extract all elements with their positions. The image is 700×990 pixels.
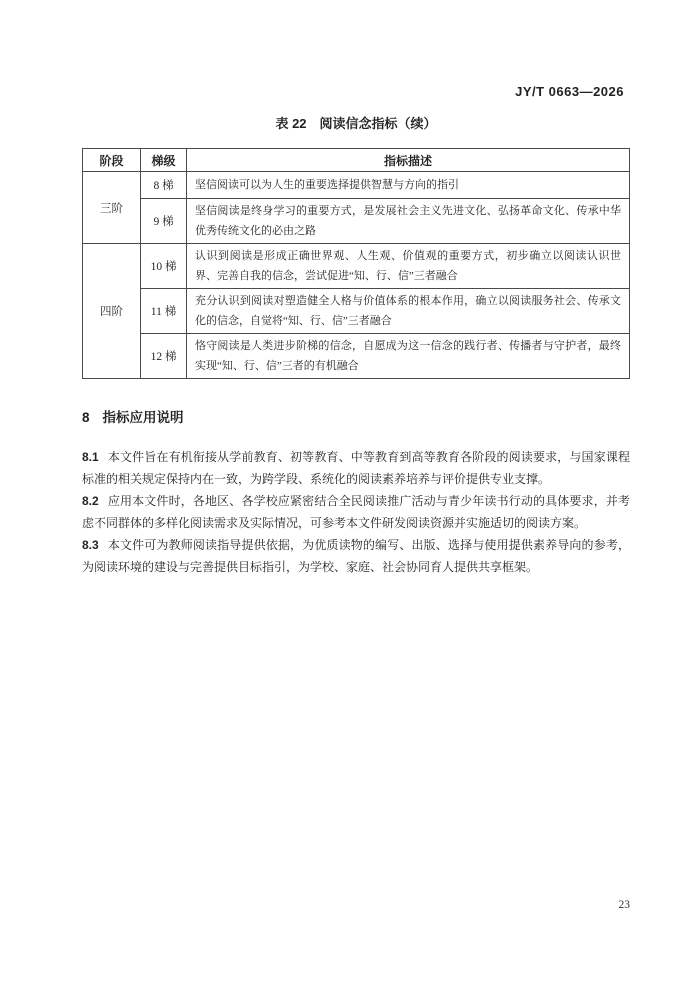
desc-cell: 坚信阅读可以为人生的重要选择提供智慧与方向的指引: [187, 172, 630, 199]
col-header-level: 梯级: [141, 149, 187, 172]
paragraph-number: 8.2: [82, 494, 99, 508]
reading-belief-indicator-table: 阶段 梯级 指标描述 三阶 8 梯 坚信阅读可以为人生的重要选择提供智慧与方向的…: [82, 148, 630, 379]
desc-cell: 认识到阅读是形成正确世界观、人生观、价值观的重要方式，初步确立以阅读认识世界、完…: [187, 244, 630, 289]
section-heading: 8指标应用说明: [82, 406, 630, 426]
level-cell: 10 梯: [141, 244, 187, 289]
paragraph-8-2: 8.2应用本文件时，各地区、各学校应紧密结合全民阅读推广活动与青少年读书行动的具…: [82, 490, 630, 534]
section-body: 8.1本文件旨在有机衔接从学前教育、初等教育、中等教育到高等教育各阶段的阅读要求…: [82, 446, 630, 578]
paragraph-text: 应用本文件时，各地区、各学校应紧密结合全民阅读推广活动与青少年读书行动的具体要求…: [82, 494, 630, 530]
table-row: 9 梯 坚信阅读是终身学习的重要方式，是发展社会主义先进文化、弘扬革命文化、传承…: [83, 199, 630, 244]
document-code: JY/T 0663—2026: [82, 84, 630, 99]
paragraph-text: 本文件可为教师阅读指导提供依据，为优质读物的编写、出版、选择与使用提供素养导向的…: [82, 538, 630, 574]
table-row: 12 梯 恪守阅读是人类进步阶梯的信念，自愿成为这一信念的践行者、传播者与守护者…: [83, 334, 630, 379]
desc-cell: 恪守阅读是人类进步阶梯的信念，自愿成为这一信念的践行者、传播者与守护者，最终实现…: [187, 334, 630, 379]
paragraph-text: 本文件旨在有机衔接从学前教育、初等教育、中等教育到高等教育各阶段的阅读要求，与国…: [82, 450, 630, 486]
level-cell: 12 梯: [141, 334, 187, 379]
table-row: 三阶 8 梯 坚信阅读可以为人生的重要选择提供智慧与方向的指引: [83, 172, 630, 199]
section-number: 8: [82, 410, 90, 425]
desc-cell: 坚信阅读是终身学习的重要方式，是发展社会主义先进文化、弘扬革命文化、传承中华优秀…: [187, 199, 630, 244]
document-page: JY/T 0663—2026 表 22 阅读信念指标（续） 阶段 梯级 指标描述…: [0, 0, 700, 990]
stage-cell-tier4: 四阶: [83, 244, 141, 379]
level-cell: 11 梯: [141, 289, 187, 334]
paragraph-8-1: 8.1本文件旨在有机衔接从学前教育、初等教育、中等教育到高等教育各阶段的阅读要求…: [82, 446, 630, 490]
level-cell: 9 梯: [141, 199, 187, 244]
level-cell: 8 梯: [141, 172, 187, 199]
table-header-row: 阶段 梯级 指标描述: [83, 149, 630, 172]
col-header-desc: 指标描述: [187, 149, 630, 172]
table-row: 四阶 10 梯 认识到阅读是形成正确世界观、人生观、价值观的重要方式，初步确立以…: [83, 244, 630, 289]
col-header-stage: 阶段: [83, 149, 141, 172]
paragraph-number: 8.1: [82, 450, 99, 464]
section-title: 指标应用说明: [103, 410, 184, 425]
page-number: 23: [619, 899, 631, 911]
paragraph-8-3: 8.3本文件可为教师阅读指导提供依据，为优质读物的编写、出版、选择与使用提供素养…: [82, 534, 630, 578]
stage-cell-tier3: 三阶: [83, 172, 141, 244]
paragraph-number: 8.3: [82, 538, 99, 552]
table-row: 11 梯 充分认识到阅读对塑造健全人格与价值体系的根本作用，确立以阅读服务社会、…: [83, 289, 630, 334]
page-content: JY/T 0663—2026 表 22 阅读信念指标（续） 阶段 梯级 指标描述…: [82, 84, 630, 578]
desc-cell: 充分认识到阅读对塑造健全人格与价值体系的根本作用，确立以阅读服务社会、传承文化的…: [187, 289, 630, 334]
table-title: 表 22 阅读信念指标（续）: [82, 113, 630, 132]
